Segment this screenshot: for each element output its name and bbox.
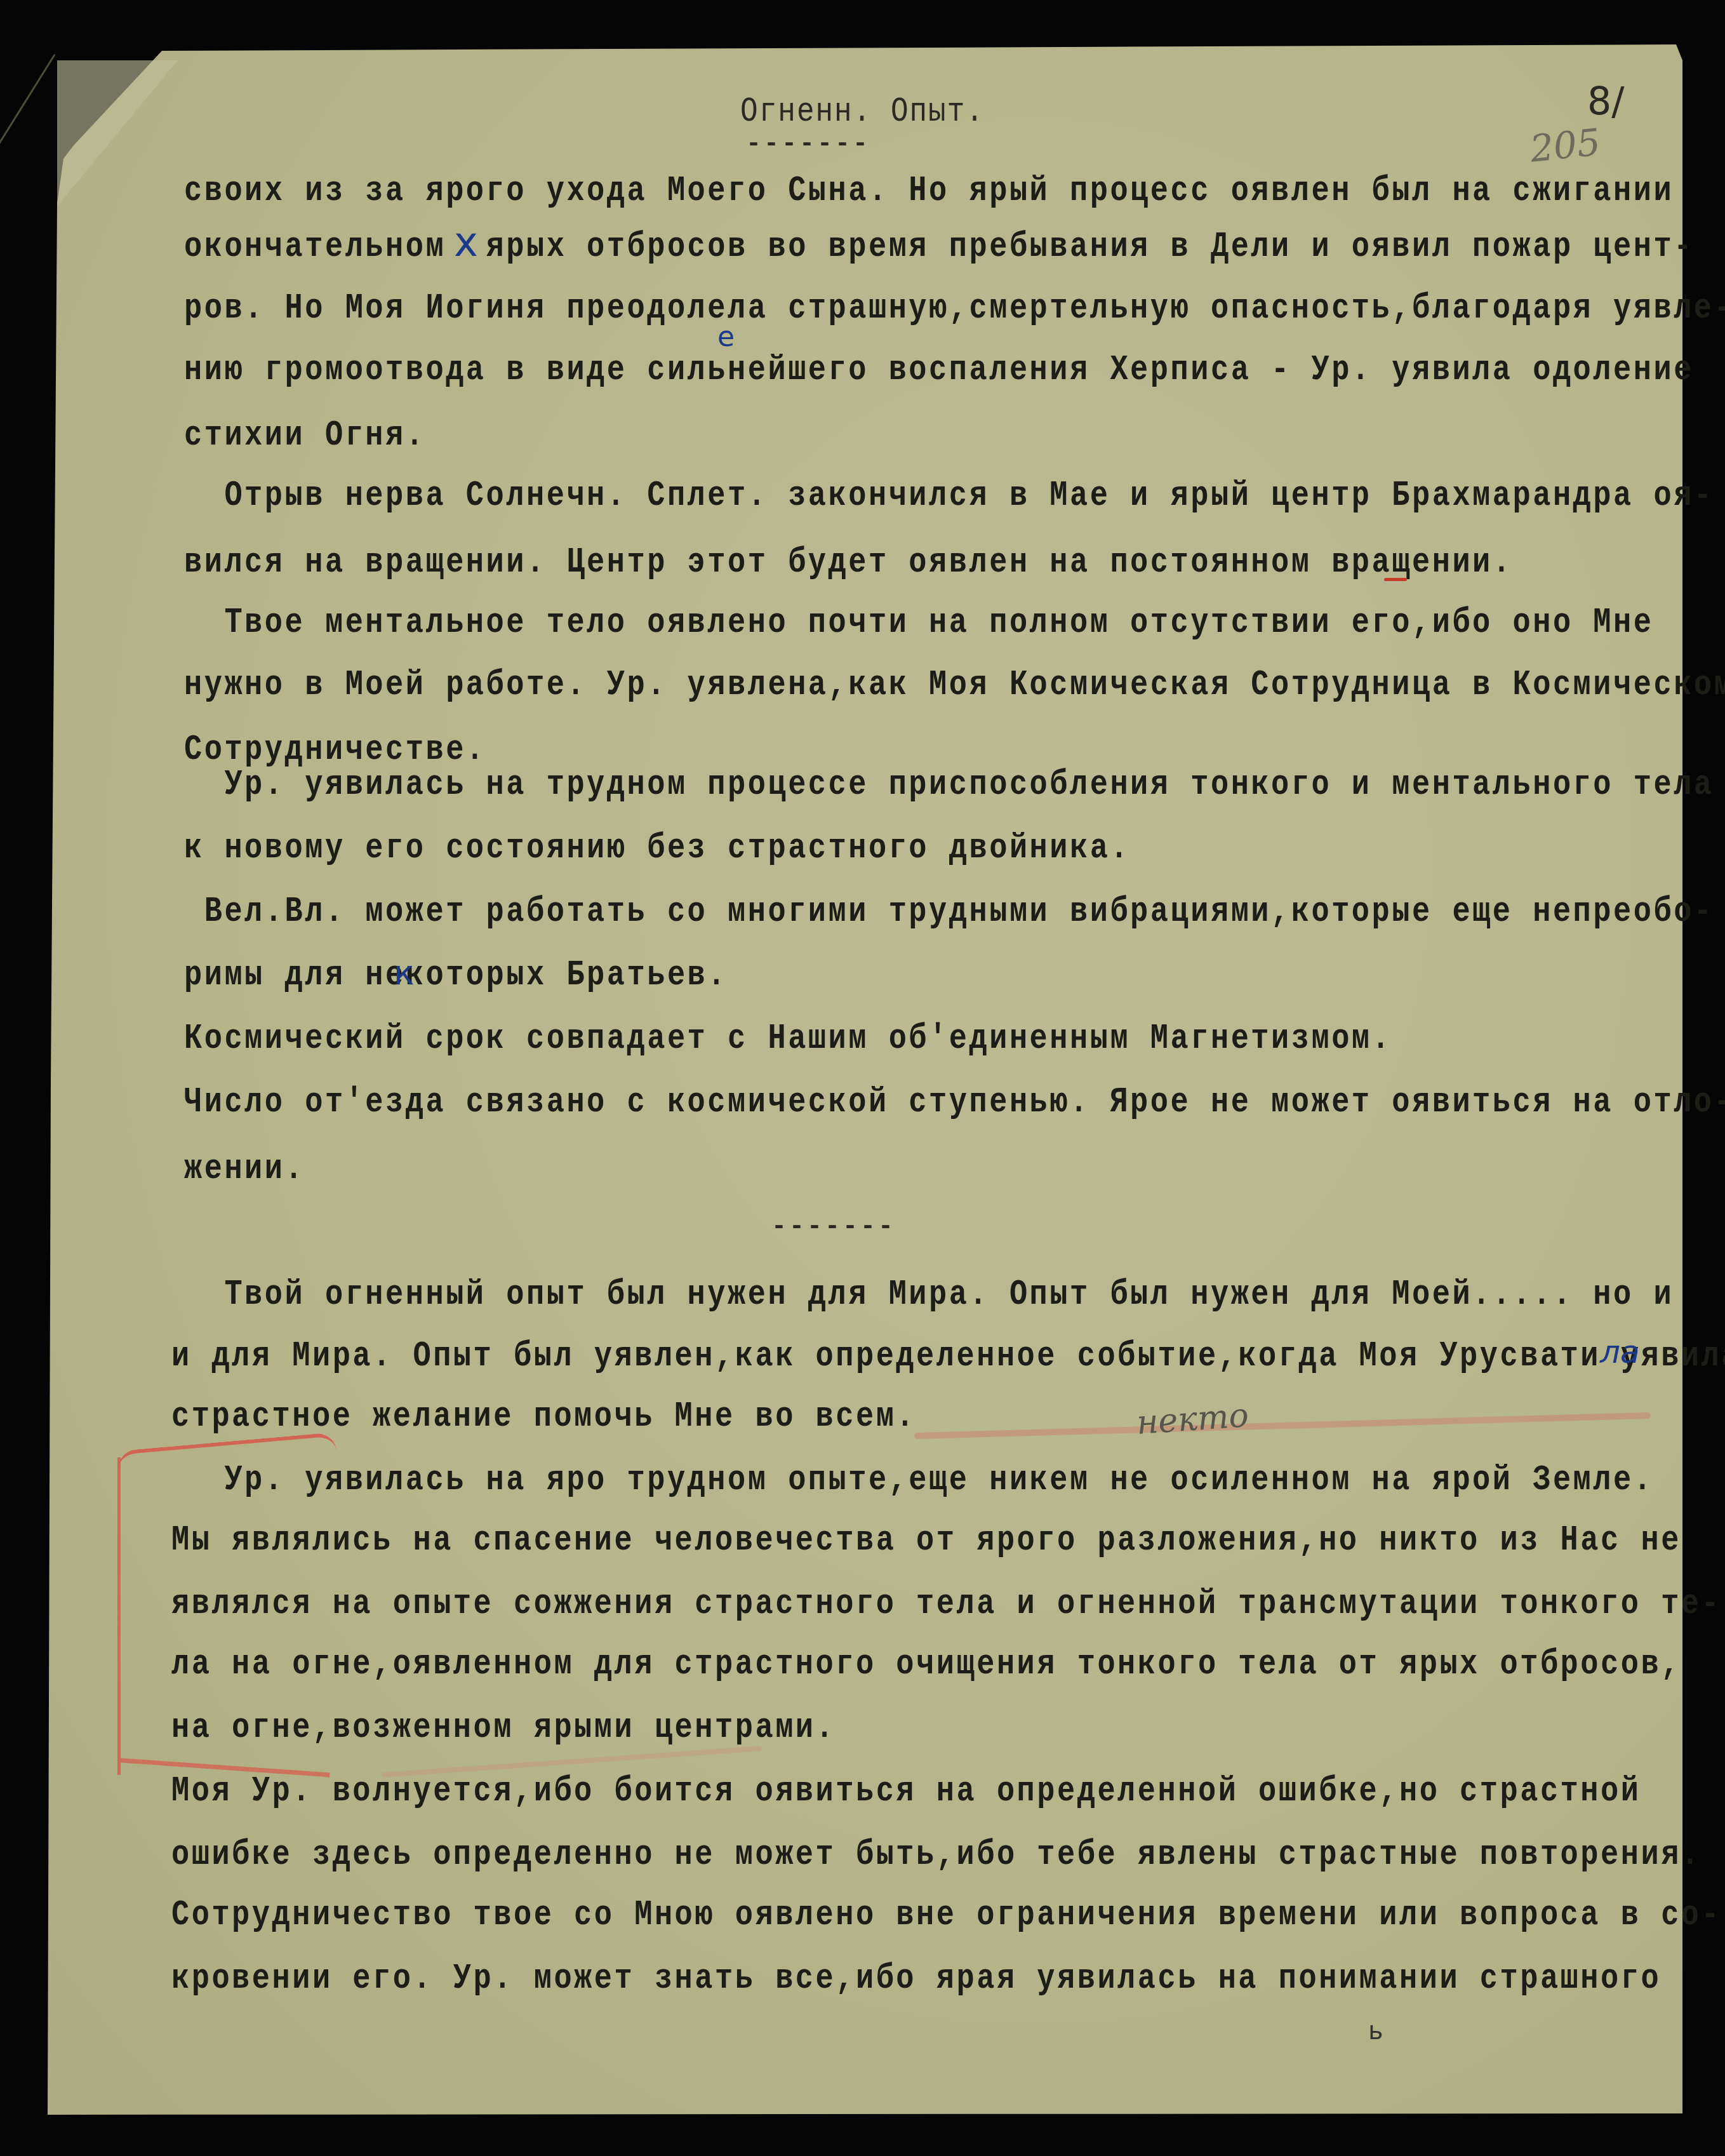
- text-line: Моя Ур. волнуется,ибо боится оявиться на…: [171, 1772, 1641, 1812]
- text-line: Число от'езда связано с космической ступ…: [184, 1083, 1725, 1123]
- red-pencil-dash: [1384, 578, 1407, 581]
- text-line: страстное желание помочь Мне во всем.: [171, 1397, 916, 1437]
- text-line: нию громоотвода в виде сильнейшего воспа…: [184, 351, 1694, 391]
- text-line: вился на вращении. Центр этот будет оявл…: [184, 543, 1513, 583]
- text-line: к новому его состоянию без страстного дв…: [184, 829, 1130, 869]
- text-line: кровении его. Ур. может знать все,ибо яр…: [171, 1959, 1661, 1999]
- text-line: Сотрудничество твое со Мною оявлено вне …: [171, 1896, 1721, 1936]
- text-line: являлся на опыте сожжения страстного тел…: [171, 1584, 1721, 1624]
- text-line: Ур. уявилась на яро трудном опыте,еще ни…: [184, 1461, 1653, 1501]
- text-line: жении.: [184, 1149, 305, 1189]
- text-line: Твой огненный опыт был нужен для Мира. О…: [184, 1275, 1674, 1315]
- corrected-soft-sign: ь: [1368, 2016, 1383, 2046]
- text-line: и для Мира. Опыт был уявлен,как определе…: [171, 1337, 1725, 1377]
- text-line: Твое ментальное тело оявлено почти на по…: [184, 603, 1653, 643]
- text-line: ла на огне,оявленном для страстного очищ…: [171, 1645, 1681, 1685]
- title-underline: -------: [746, 130, 870, 159]
- text-line: Ур. уявилась на трудном процессе приспос…: [184, 765, 1714, 805]
- section-separator: -------: [771, 1213, 896, 1242]
- text-line: ров. Но Моя Иогиня преодолела страшную,с…: [184, 289, 1725, 329]
- inserted-ending-la: ла: [1600, 1334, 1640, 1370]
- page-title: Огненн. Опыт.: [0, 93, 1725, 131]
- pencil-page-number: 205: [1528, 120, 1602, 170]
- text-line: Мы являлись на спасение человечества от …: [171, 1521, 1681, 1561]
- text-line: Космический срок совпадает с Нашим об'ед…: [184, 1019, 1392, 1059]
- text-line: Вел.Вл. может работать со многими трудны…: [184, 892, 1714, 932]
- text-line: Отрыв нерва Солнечн. Сплет. закончился в…: [184, 476, 1714, 516]
- pencil-marginal-note: некто: [1135, 1396, 1249, 1442]
- text-line: своих из за ярого ухода Моего Сына. Но я…: [184, 171, 1674, 211]
- inserted-letter-e: е: [717, 321, 735, 353]
- crossed-out-letter-mark: х: [454, 219, 478, 266]
- text-line: стихии Огня.: [184, 416, 425, 456]
- text-line: Сотрудничестве.: [184, 730, 486, 770]
- text-line: окончательном ярых отбросов во время пре…: [184, 227, 1694, 267]
- inserted-letter-k: к: [394, 953, 415, 993]
- red-margin-bracket: [117, 1457, 330, 1775]
- text-line: ошибке здесь определенно не может быть,и…: [171, 1835, 1702, 1875]
- text-line: римы для некоторых Братьев.: [184, 956, 728, 996]
- folio-number: 8/: [1587, 79, 1624, 124]
- text-line: нужно в Моей работе. Ур. уявлена,как Моя…: [184, 666, 1725, 706]
